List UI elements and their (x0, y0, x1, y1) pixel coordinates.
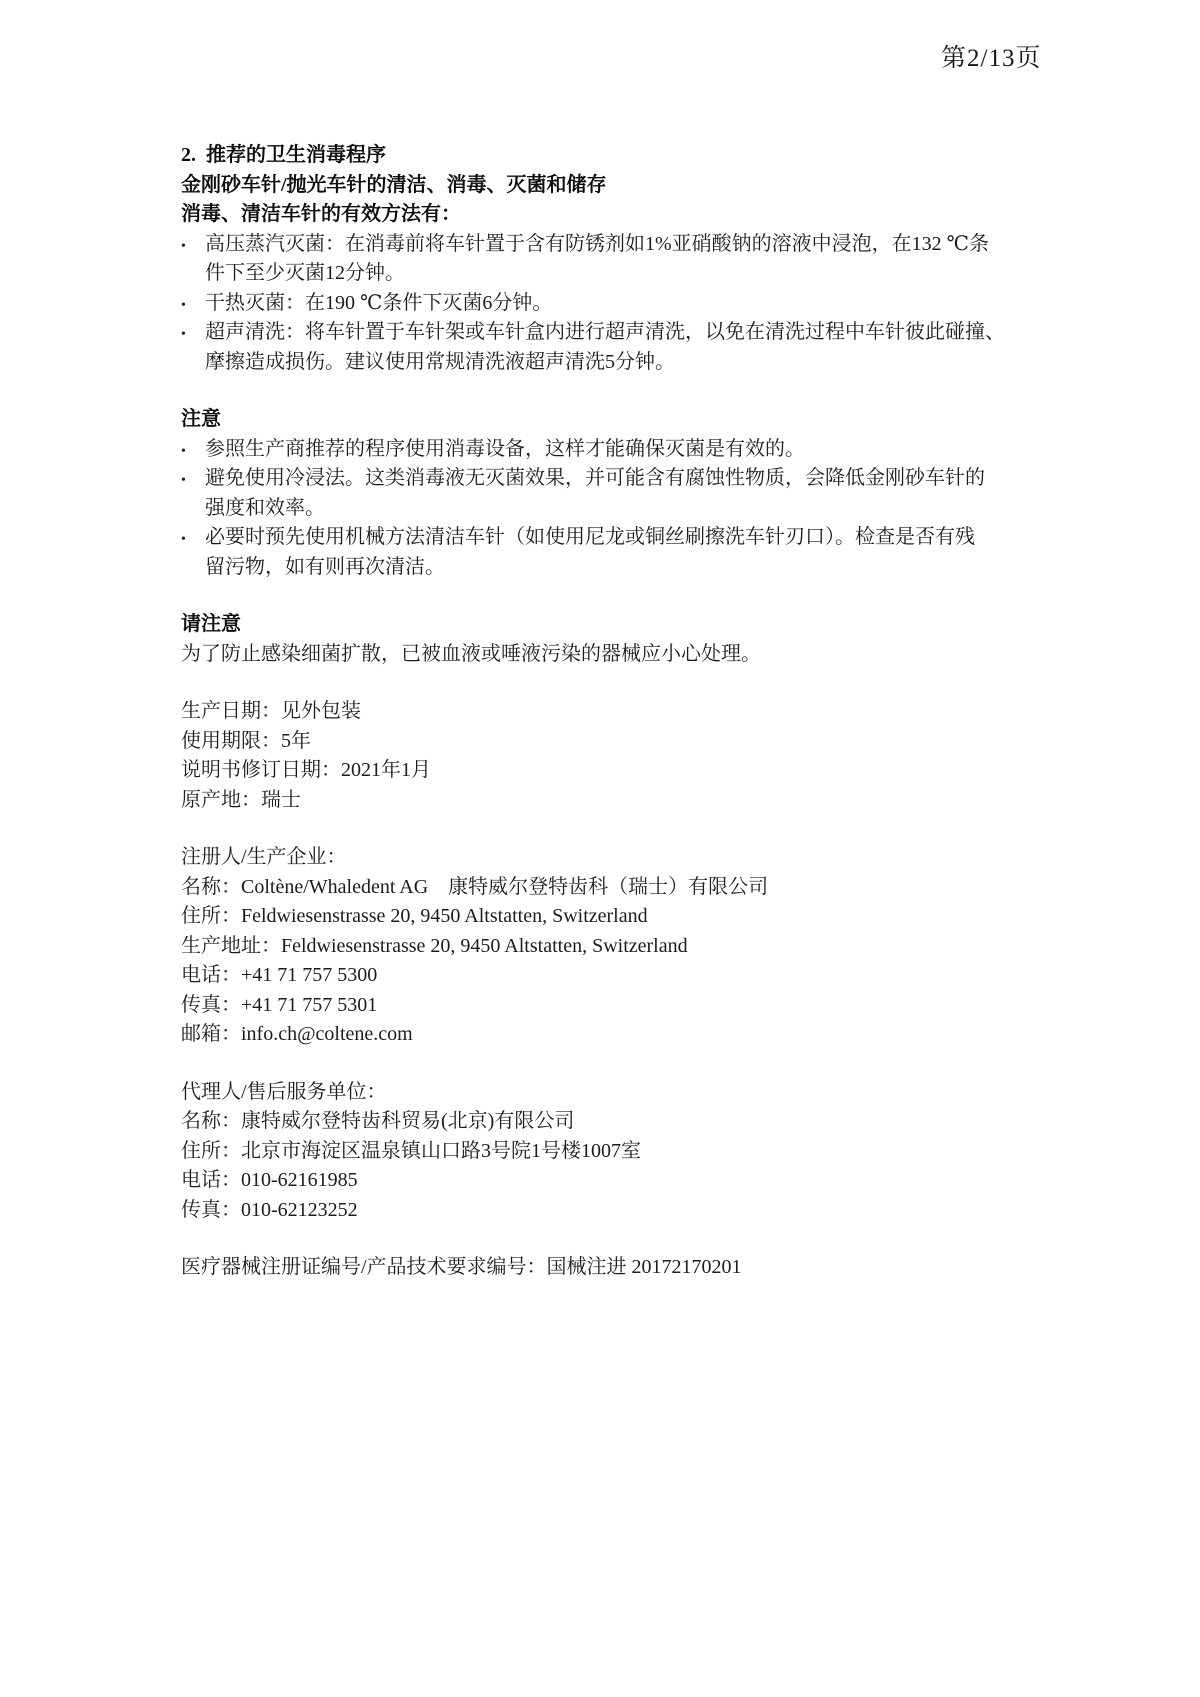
shelf-life: 使用期限：5年 (181, 727, 1011, 757)
paragraph-gap (181, 1225, 1011, 1253)
method-ultrasonic-text: 超声清洗：将车针置于车针架或车针盒内进行超声清洗，以免在清洗过程中车针彼此碰撞、 (205, 321, 1005, 343)
note-item-2-text: 避免使用冷浸法。这类消毒液无灭菌效果，并可能含有腐蚀性物质，会降低金刚砂车针的 (205, 467, 985, 489)
attention-text: 为了防止感染细菌扩散，已被血液或唾液污染的器械应小心处理。 (181, 640, 1011, 670)
registrant-email: 邮箱：info.ch@coltene.com (181, 1020, 1011, 1050)
registrant-address: 住所：Feldwiesenstrasse 20, 9450 Altstatten… (181, 902, 1011, 932)
agent-section-label: 代理人/售后服务单位： (181, 1078, 1011, 1108)
section-2-subheading: 金刚砂车针/抛光车针的清洁、消毒、灭菌和储存 (181, 171, 1011, 201)
bullet-icon: • (181, 525, 205, 555)
note-item-3-line-1: •必要时预先使用机械方法清洁车针（如使用尼龙或铜丝刷擦洗车针刃口）。检查是否有残 (181, 523, 1011, 553)
methods-intro-heading: 消毒、清洁车针的有效方法有： (181, 200, 1011, 230)
note-item-1-text: 参照生产商推荐的程序使用消毒设备，这样才能确保灭菌是有效的。 (205, 438, 805, 460)
manual-revision-date: 说明书修订日期：2021年1月 (181, 756, 1011, 786)
note-item-3-line-2: 留污物，如有则再次清洁。 (181, 553, 1011, 583)
registrant-phone: 电话：+41 71 757 5300 (181, 961, 1011, 991)
method-dry-heat: •干热灭菌：在190 ℃条件下灭菌6分钟。 (181, 289, 1011, 319)
agent-address: 住所：北京市海淀区温泉镇山口路3号院1号楼1007室 (181, 1137, 1011, 1167)
paragraph-gap (181, 377, 1011, 405)
method-steam-sterilization-line-2: 件下至少灭菌12分钟。 (181, 259, 1011, 289)
method-ultrasonic-line-2: 摩擦造成损伤。建议使用常规清洗液超声清洗5分钟。 (181, 348, 1011, 378)
paragraph-gap (181, 582, 1011, 610)
paragraph-gap (181, 815, 1011, 843)
method-steam-sterilization-text: 高压蒸汽灭菌：在消毒前将车针置于含有防锈剂如1%亚硝酸钠的溶液中浸泡，在132 … (205, 233, 989, 255)
production-date: 生产日期：见外包装 (181, 697, 1011, 727)
agent-name: 名称：康特威尔登特齿科贸易(北京)有限公司 (181, 1107, 1011, 1137)
registrant-name: 名称：Coltène/Whaledent AG 康特威尔登特齿科（瑞士）有限公司 (181, 873, 1011, 903)
bullet-icon: • (181, 437, 205, 467)
document-page: 第2/13页 2. 推荐的卫生消毒程序金刚砂车针/抛光车针的清洁、消毒、灭菌和储… (0, 0, 1200, 1697)
agent-fax: 传真：010-62123252 (181, 1196, 1011, 1226)
bullet-icon: • (181, 232, 205, 262)
bullet-icon: • (181, 320, 205, 350)
note-item-1: •参照生产商推荐的程序使用消毒设备，这样才能确保灭菌是有效的。 (181, 435, 1011, 465)
attention-heading: 请注意 (181, 610, 1011, 640)
document-body: 2. 推荐的卫生消毒程序金刚砂车针/抛光车针的清洁、消毒、灭菌和储存消毒、清洁车… (181, 141, 1011, 1283)
note-item-2-line-2: 强度和效率。 (181, 494, 1011, 524)
bullet-icon: • (181, 291, 205, 321)
agent-phone: 电话：010-62161985 (181, 1166, 1011, 1196)
note-heading: 注意 (181, 405, 1011, 435)
method-dry-heat-text: 干热灭菌：在190 ℃条件下灭菌6分钟。 (205, 292, 552, 314)
paragraph-gap (181, 669, 1011, 697)
registration-number: 医疗器械注册证编号/产品技术要求编号：国械注进 20172170201 (181, 1253, 1011, 1283)
method-steam-sterilization-line-1: •高压蒸汽灭菌：在消毒前将车针置于含有防锈剂如1%亚硝酸钠的溶液中浸泡，在132… (181, 230, 1011, 260)
country-of-origin: 原产地：瑞士 (181, 786, 1011, 816)
paragraph-gap (181, 1050, 1011, 1078)
note-item-3-text: 必要时预先使用机械方法清洁车针（如使用尼龙或铜丝刷擦洗车针刃口）。检查是否有残 (205, 526, 975, 548)
bullet-icon: • (181, 466, 205, 496)
registrant-fax: 传真：+41 71 757 5301 (181, 991, 1011, 1021)
method-ultrasonic-line-1: •超声清洗：将车针置于车针架或车针盒内进行超声清洗，以免在清洗过程中车针彼此碰撞… (181, 318, 1011, 348)
section-2-heading: 2. 推荐的卫生消毒程序 (181, 141, 1011, 171)
registrant-section-label: 注册人/生产企业： (181, 843, 1011, 873)
page-number: 第2/13页 (941, 38, 1041, 74)
production-address: 生产地址：Feldwiesenstrasse 20, 9450 Altstatt… (181, 932, 1011, 962)
note-item-2-line-1: •避免使用冷浸法。这类消毒液无灭菌效果，并可能含有腐蚀性物质，会降低金刚砂车针的 (181, 464, 1011, 494)
